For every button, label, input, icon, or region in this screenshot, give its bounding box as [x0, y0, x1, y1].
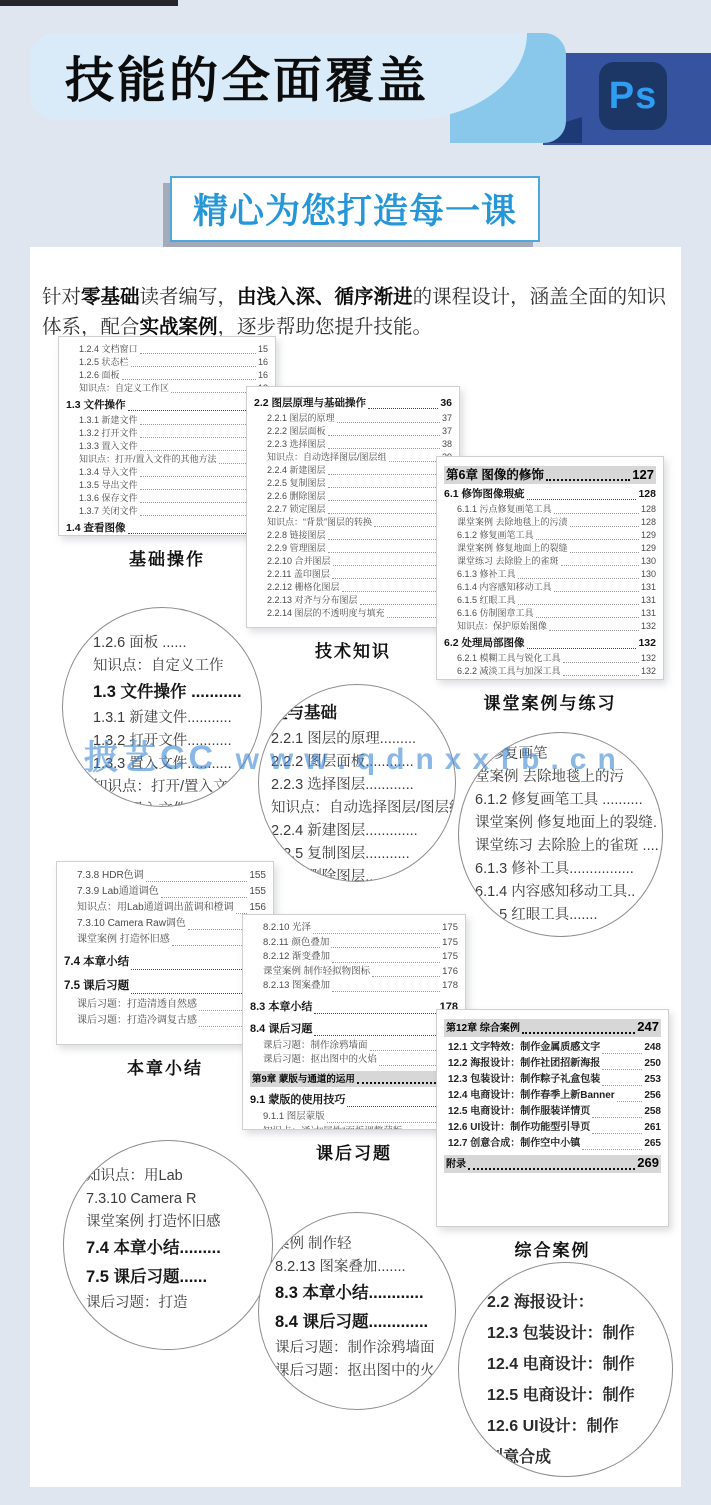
toc-row-text: 知识点：通过“属性”面板调整蒙版 [263, 1125, 402, 1131]
toc-row-page: 131 [641, 607, 656, 620]
intro-segment: 读者编写， [140, 286, 238, 308]
dot-leader [328, 487, 450, 488]
dot-leader [333, 565, 450, 566]
toc-row-text: 6.1.6 仿制图章工具 [457, 607, 534, 620]
toc-row-text: 1.2.5 状态栏 [79, 356, 129, 369]
dot-leader [546, 479, 630, 481]
toc-row-text: 2.2.13 对齐与分布图层 [267, 594, 358, 607]
magnified-line: 8.4 课后习题............. [259, 1308, 455, 1337]
toc-row-text: 1.3.4 导入文件 [79, 466, 138, 479]
toc-row-text: 课堂案例 去除地毯上的污渍 [457, 516, 568, 529]
toc-row: 课堂案例 修复地面上的裂缝129 [444, 542, 656, 555]
toc-row-page: 129 [641, 542, 656, 555]
toc-row: 12.4 电商设计：制作春季上新Banner256 [444, 1088, 661, 1104]
toc-row: 2.2.8 链接图层 [254, 529, 452, 542]
toc-row-page: 127 [632, 466, 654, 484]
toc-row-text: 12.2 海报设计：制作社团招新海报 [448, 1056, 600, 1072]
toc-row: 12.7 创意合成：制作空中小镇265 [444, 1136, 661, 1152]
magnifier-circle: 点修复画笔堂案例 去除地毯上的污6.1.2 修复画笔工具 ..........课… [458, 732, 663, 937]
magnifier-circle: 知识点：用Lab7.3.10 Camera R课堂案例 打造怀旧感7.4 本章小… [63, 1140, 273, 1350]
toc-row-text: 2.2.12 栅格化图层 [267, 581, 340, 594]
magnified-line: 课堂练习 去除脸上的雀斑 .... [459, 835, 662, 858]
toc-row-page: 15 [258, 343, 268, 356]
toc-row-page: 16 [258, 369, 268, 382]
toc-row: 1.3.7 关闭文件 [66, 505, 268, 518]
toc-row: 8.2.11 颜色叠加175 [250, 936, 458, 951]
magnified-line: 7.5 课后习题...... [64, 1263, 272, 1292]
toc-row-text: 1.3.1 新建文件 [79, 414, 138, 427]
toc-row-text: 1.3.3 置入文件 [79, 440, 138, 453]
magnifier-circle: 案例 制作轻8.2.13 图案叠加.......8.3 本章小结........… [258, 1212, 456, 1410]
dot-leader [536, 617, 639, 618]
dot-leader [389, 461, 440, 462]
toc-row-text: 知识点：打开/置入文件的其他方法 [79, 453, 217, 466]
toc-row-text: 12.4 电商设计：制作春季上新Banner [448, 1088, 615, 1104]
toc-row: 2.2.9 管理图层 [254, 542, 452, 555]
toc-row-text: 课后习题：制作涂鸦墙面 [263, 1039, 368, 1054]
magnified-line: 知识点：自动选择图层/图层组 [259, 797, 455, 820]
toc-row-page: 38 [442, 438, 452, 451]
toc-row-page: 129 [641, 529, 656, 542]
magnifier-circle: 2.2 海报设计：12.3 包装设计：制作12.4 电商设计：制作12.5 电商… [458, 1262, 673, 1477]
toc-row: 6.2.1 模糊工具与锐化工具132 [444, 652, 656, 665]
toc-row: 第9章 蒙版与通道的运用17 [250, 1071, 458, 1088]
toc-row: 2.2.12 栅格化图层 [254, 581, 452, 594]
toc-row-text: 6.1.4 内容感知移动工具 [457, 581, 552, 594]
toc-row-page: 130 [641, 555, 656, 568]
dot-leader [328, 552, 450, 553]
toc-row: 附录269 [444, 1155, 661, 1173]
magnified-line: 课堂案例 修复地面上的裂缝. [459, 812, 662, 835]
dot-leader [328, 435, 440, 436]
toc-row-text: 6.2 处理局部图像 [444, 636, 525, 651]
dot-leader [592, 1133, 642, 1134]
magnified-line: 课后习题：制作涂鸦墙面 [259, 1337, 455, 1360]
toc-row: 6.1.2 修复画笔工具129 [444, 529, 656, 542]
intro-segment: 由浅入深、循序渐进 [237, 286, 413, 308]
dot-leader [140, 353, 256, 354]
dot-leader [332, 962, 440, 963]
intro-segment: ，逐步帮助您提升技能。 [218, 316, 433, 338]
toc-row-page: 130 [641, 568, 656, 581]
toc-row: 课堂练习 去除脸上的雀斑130 [444, 555, 656, 568]
dot-leader [602, 1085, 642, 1086]
toc-row: 8.4 课后习题 [250, 1020, 458, 1038]
dot-leader [368, 408, 438, 409]
page-title: 技能的全面覆盖 [65, 42, 429, 112]
dot-leader [328, 474, 450, 475]
toc-row: 1.3 文件操作 [66, 398, 268, 413]
toc-row-text: 1.3 文件操作 [66, 398, 126, 413]
toc-row: 6.1.6 仿制图章工具131 [444, 607, 656, 620]
toc-card: 2.2 图层原理与基础操作362.2.1 图层的原理372.2.2 图层面板37… [246, 386, 460, 662]
dot-leader [527, 648, 637, 649]
toc-row: 2.2.13 对齐与分布图层 [254, 594, 452, 607]
dot-leader [554, 513, 639, 514]
toc-row: 2.2.10 合并图层 [254, 555, 452, 568]
subtitle-box: 精心为您打造每一课 [170, 176, 540, 242]
toc-row-text: 8.2.13 图案叠加 [263, 979, 330, 994]
toc-row-text: 1.2.6 面板 [79, 369, 120, 382]
toc-row-text: 课堂练习 去除脸上的雀斑 [457, 555, 559, 568]
toc-row-page: 16 [258, 356, 268, 369]
toc-row: 2.2.11 盖印图层 [254, 568, 452, 581]
toc-row: 1.2.6 面板16 [66, 369, 268, 382]
toc-row-text: 附录 [446, 1157, 466, 1173]
toc-row-text: 8.2.11 颜色叠加 [263, 936, 329, 951]
dot-leader [518, 604, 639, 605]
dot-leader [357, 1082, 440, 1084]
dot-leader [602, 1053, 642, 1054]
toc-row-text: 2.2.4 新建图层 [267, 464, 326, 477]
toc-row-text: 8.4 课后习题 [250, 1020, 312, 1038]
dot-leader [527, 499, 637, 500]
dot-leader [582, 1149, 642, 1150]
toc-row-text: 1.2.4 文档窗口 [79, 343, 138, 356]
toc-card-box: 第12章 综合案例24712.1 文字特效：制作金属质感文字24812.2 海报… [436, 1009, 669, 1227]
toc-row: 知识点：自定义工作区18 [66, 382, 268, 395]
intro-segment: 实战案例 [140, 316, 218, 338]
toc-row-page: 256 [644, 1088, 661, 1104]
toc-row: 12.3 包装设计：制作粽子礼盒包装253 [444, 1072, 661, 1088]
toc-row: 2.2 图层原理与基础操作36 [254, 396, 452, 411]
toc-row-page: 37 [442, 412, 452, 425]
toc-row: 2.2.2 图层面板37 [254, 425, 452, 438]
toc-row-text: 课后习题：抠出图中的火焰 [263, 1053, 377, 1068]
toc-row: 9.1.1 图层蒙版 [250, 1110, 458, 1125]
promo-page: 技能的全面覆盖 Ps 精心为您打造每一课 针对零基础读者编写，由浅入深、循序渐进… [0, 0, 711, 1505]
toc-row: 7.3.9 Lab通道调色155 [64, 884, 266, 900]
dot-leader [313, 933, 440, 934]
magnified-line: 1.3.2 打开文件........... [63, 730, 261, 753]
toc-row-text: 7.3.8 HDR色调 [77, 868, 144, 884]
magnifier-circle: 理与基础2.2.1 图层的原理.........2.2.2 图层面板......… [258, 684, 456, 882]
dot-leader [328, 448, 440, 449]
toc-row: 第6章 图像的修饰127 [444, 466, 656, 484]
toc-row: 6.1.3 修补工具130 [444, 568, 656, 581]
dot-leader [328, 513, 450, 514]
toc-row: 1.4 查看图像 [66, 521, 268, 536]
magnified-line: 7.4 本章小结......... [64, 1234, 272, 1263]
toc-row-page: 265 [644, 1136, 661, 1152]
magnified-line: 2.2.1 图层的原理......... [259, 728, 455, 751]
toc-row: 6.2.2 减淡工具与加深工具132 [444, 665, 656, 678]
toc-row-text: 6.1.1 污点修复画笔工具 [457, 503, 552, 516]
toc-row-text: 知识点：“背景”图层的转换 [267, 516, 372, 529]
toc-row: 7.3.10 Camera Raw调色 [64, 916, 266, 932]
toc-row-text: 1.3.5 导出文件 [79, 479, 138, 492]
magnified-line: 8.3 本章小结............ [259, 1279, 455, 1308]
toc-row: 1.3.3 置入文件 [66, 440, 268, 453]
toc-row-page: 128 [641, 516, 656, 529]
toc-row-text: 2.2.2 图层面板 [267, 425, 326, 438]
card-label: 综合案例 [436, 1236, 669, 1261]
toc-row-page: 131 [641, 581, 656, 594]
toc-row-text: 8.2.12 渐变叠加 [263, 950, 330, 965]
toc-row-text: 2.2.10 合并图层 [267, 555, 331, 568]
magnified-line: 2.2 海报设计： [459, 1287, 672, 1318]
toc-row-text: 6.2.1 模糊工具与锐化工具 [457, 652, 561, 665]
toc-row: 1.3.4 导入文件 [66, 466, 268, 479]
magnified-line: 知识点：用Lab [64, 1165, 272, 1188]
toc-row: 7.3.8 HDR色调155 [64, 868, 266, 884]
toc-row: 8.3 本章小结178 [250, 998, 458, 1016]
dot-leader [570, 552, 639, 553]
toc-row-page: 132 [641, 652, 656, 665]
toc-row-page: 132 [641, 620, 656, 633]
magnified-line: 12.4 电商设计：制作 [459, 1349, 672, 1380]
dot-leader [549, 630, 639, 631]
toc-row-page: 269 [637, 1155, 659, 1171]
toc-row: 9.1 蒙版的使用技巧 [250, 1091, 458, 1109]
toc-row: 6.1.1 污点修复画笔工具128 [444, 503, 656, 516]
toc-row: 课堂案例 制作轻拟物图标176 [250, 965, 458, 980]
toc-row: 6.1.5 红眼工具131 [444, 594, 656, 607]
toc-row-text: 课堂案例 修复地面上的裂缝 [457, 542, 568, 555]
dot-leader [122, 379, 256, 380]
toc-row: 课后习题：抠出图中的火焰 [250, 1053, 458, 1068]
dot-leader [171, 392, 256, 393]
toc-row-page: 155 [249, 868, 266, 884]
toc-row-text: 6.2.2 减淡工具与加深工具 [457, 665, 561, 678]
toc-row: 1.2.5 状态栏16 [66, 356, 268, 369]
toc-row-text: 7.4 本章小结 [64, 953, 129, 972]
top-strip [0, 0, 178, 6]
toc-row-text: 知识点：自动选择图层/图层组 [267, 451, 387, 464]
magnified-line: 课后习题：打造 [64, 1292, 272, 1315]
intro-paragraph: 针对零基础读者编写，由浅入深、循序渐进的课程设计，涵盖全面的知识体系，配合实战案… [42, 282, 674, 342]
toc-row: 12.1 文字特效：制作金属质感文字248 [444, 1040, 661, 1056]
toc-row: 课后习题：打造冷调复古感 [64, 1013, 266, 1029]
toc-row: 6.1.4 内容感知移动工具131 [444, 581, 656, 594]
banner-pill: 技能的全面覆盖 [30, 33, 527, 120]
toc-row-text: 2.2.14 图层的不透明度与填充 [267, 607, 385, 620]
dot-leader [332, 991, 440, 992]
toc-row-text: 2.2 图层原理与基础操作 [254, 396, 366, 411]
toc-row-text: 课后习题：打造清透自然感 [77, 997, 197, 1013]
dot-leader [328, 500, 450, 501]
toc-row-text: 第12章 综合案例 [446, 1021, 520, 1037]
toc-row: 8.2.13 图案叠加178 [250, 979, 458, 994]
toc-row-page: 128 [641, 503, 656, 516]
toc-row-page: 175 [442, 921, 458, 936]
toc-row-page: 261 [644, 1120, 661, 1136]
magnified-line: 知识点：自定义工作 [63, 655, 261, 678]
magnified-line: 堂案例 去除地毯上的污 [459, 766, 662, 789]
toc-card: 第6章 图像的修饰1276.1 修饰图像瑕疵1286.1.1 污点修复画笔工具1… [436, 456, 664, 714]
toc-row-text: 1.4 查看图像 [66, 521, 126, 536]
card-label: 课堂案例与练习 [436, 689, 664, 714]
toc-card: 第12章 综合案例24712.1 文字特效：制作金属质感文字24812.2 海报… [436, 1009, 669, 1261]
toc-row-text: 第9章 蒙版与通道的运用 [252, 1073, 355, 1088]
toc-row: 课堂案例 去除地毯上的污渍128 [444, 516, 656, 529]
toc-row-page: 132 [638, 636, 656, 651]
magnified-line: 2.2.3 选择图层............ [259, 774, 455, 797]
toc-row-text: 课堂案例 制作轻拟物图标 [263, 965, 370, 980]
toc-row-page: 247 [637, 1019, 659, 1035]
toc-card-box: 1.2.4 文档窗口151.2.5 状态栏161.2.6 面板16知识点：自定义… [58, 336, 276, 536]
toc-row-page: 258 [644, 1104, 661, 1120]
toc-row: 1.3.1 新建文件 [66, 414, 268, 427]
toc-row: 2.2.7 锁定图层 [254, 503, 452, 516]
toc-row: 8.2.12 渐变叠加175 [250, 950, 458, 965]
dot-leader [314, 1035, 456, 1036]
toc-row-page: 175 [442, 936, 458, 951]
toc-row-text: 知识点：保护原始图像 [457, 620, 547, 633]
toc-row-text: 2.2.11 盖印图层 [267, 568, 330, 581]
toc-row-page: 128 [638, 487, 656, 502]
toc-row-page: 248 [644, 1040, 661, 1056]
toc-card: 1.2.4 文档窗口151.2.5 状态栏161.2.6 面板16知识点：自定义… [58, 336, 276, 570]
magnifier-circle: 1.2.6 面板 ......知识点：自定义工作1.3 文件操作 .......… [62, 607, 262, 807]
magnified-line: 7.3.10 Camera R [64, 1188, 272, 1211]
toc-row-text: 7.5 课后习题 [64, 977, 129, 996]
photoshop-icon-label: Ps [609, 75, 657, 118]
toc-row: 12.2 海报设计：制作社团招新海报250 [444, 1056, 661, 1072]
toc-row: 2.2.5 复制图层 [254, 477, 452, 490]
dot-leader [468, 1168, 635, 1170]
toc-row: 课后习题：打造清透自然感 [64, 997, 266, 1013]
dot-leader [563, 675, 639, 676]
card-label: 课后习题 [242, 1139, 466, 1164]
toc-row-text: 2.2.3 选择图层 [267, 438, 326, 451]
toc-card-box: 8.2.10 光泽1758.2.11 颜色叠加1758.2.12 渐变叠加175… [242, 914, 466, 1130]
toc-row-text: 8.2.10 光泽 [263, 921, 311, 936]
toc-row-text: 7.3.10 Camera Raw调色 [77, 916, 186, 932]
magnified-line: 12.6 UI设计：制作 [459, 1411, 672, 1442]
toc-row-page: 132 [641, 665, 656, 678]
toc-row-text: 知识点：用Lab通道调出蓝调和橙调 [77, 900, 234, 916]
subtitle-text: 精心为您打造每一课 [193, 184, 517, 234]
toc-row-text: 6.1.5 红眼工具 [457, 594, 516, 607]
toc-row: 7.5 课后习题 [64, 977, 266, 996]
dot-leader [518, 578, 639, 579]
toc-row-text: 12.5 电商设计：制作服装详情页 [448, 1104, 590, 1120]
toc-row: 1.3.2 打开文件 [66, 427, 268, 440]
toc-row-page: 36 [440, 396, 452, 411]
magnified-line: 6.1.4 内容感知移动工具.. [459, 881, 662, 904]
magnified-line: 1.3.1 新建文件........... [63, 707, 261, 730]
dot-leader [146, 881, 248, 882]
magnified-line: 1.3.3 置入文件........... [63, 753, 261, 776]
dot-leader [342, 591, 450, 592]
magnified-line: 12.3 包装设计：制作 [459, 1318, 672, 1349]
toc-row-text: 2.2.5 复制图层 [267, 477, 326, 490]
toc-row: 1.3.5 导出文件 [66, 479, 268, 492]
photoshop-icon: Ps [599, 62, 667, 130]
toc-row-text: 12.6 UI设计：制作功能型引导页 [448, 1120, 590, 1136]
magnified-line: 6.1.2 修复画笔工具 .......... [459, 789, 662, 812]
toc-row-page: 176 [442, 965, 458, 980]
toc-row-text: 2.2.1 图层的原理 [267, 412, 335, 425]
toc-row-text: 2.2.9 管理图层 [267, 542, 326, 555]
toc-row: 2.2.1 图层的原理37 [254, 412, 452, 425]
magnified-line: 1.2.6 面板 ...... [63, 632, 261, 655]
dot-leader [554, 591, 639, 592]
toc-row-text: 1.3.6 保存文件 [79, 492, 138, 505]
toc-row: 7.4 本章小结 [64, 953, 266, 972]
toc-row-text: 6.1.2 修复画笔工具 [457, 529, 534, 542]
intro-segment: 零基础 [81, 286, 140, 308]
magnified-line: 6.1.3 修补工具................ [459, 858, 662, 881]
toc-row-text: 7.3.9 Lab通道调色 [77, 884, 159, 900]
toc-row: 课堂案例 打造怀旧感 [64, 932, 266, 948]
toc-row: 知识点：通过“属性”面板调整蒙版 [250, 1125, 458, 1131]
dot-leader [337, 422, 440, 423]
toc-row: 知识点：“背景”图层的转换 [254, 516, 452, 529]
magnified-line: 12.5 电商设计：制作 [459, 1380, 672, 1411]
toc-row: 12.5 电商设计：制作服装详情页258 [444, 1104, 661, 1120]
toc-row: 课后习题：制作涂鸦墙面 [250, 1039, 458, 1054]
toc-row-page: 131 [641, 594, 656, 607]
toc-row: 知识点：自动选择图层/图层组39 [254, 451, 452, 464]
toc-row: 2.2.3 选择图层38 [254, 438, 452, 451]
dot-leader [161, 897, 248, 898]
toc-card-box: 第6章 图像的修饰1276.1 修饰图像瑕疵1286.1.1 污点修复画笔工具1… [436, 456, 664, 680]
card-label: 技术知识 [246, 637, 460, 662]
toc-row-page: 178 [442, 979, 458, 994]
toc-row: 2.2.14 图层的不透明度与填充 [254, 607, 452, 620]
toc-row-text: 知识点：自定义工作区 [79, 382, 169, 395]
dot-leader [570, 526, 639, 527]
toc-row-text: 第6章 图像的修饰 [446, 466, 544, 484]
toc-row: 知识点：用Lab通道调出蓝调和橙调156 [64, 900, 266, 916]
toc-row: 知识点：保护原始图像132 [444, 620, 656, 633]
dot-leader [617, 1101, 643, 1102]
toc-row-text: 1.3.7 关闭文件 [79, 505, 138, 518]
card-label: 基础操作 [58, 545, 276, 570]
toc-row-text: 9.1.1 图层蒙版 [263, 1110, 325, 1125]
toc-row-page: 253 [644, 1072, 661, 1088]
magnified-line: 2.2.4 新建图层............. [259, 820, 455, 843]
dot-leader [372, 976, 440, 977]
magnified-line: 1.3 文件操作 ........... [63, 678, 261, 707]
toc-row-text: 2.2.8 链接图层 [267, 529, 326, 542]
toc-row: 2.2.6 删除图层 [254, 490, 452, 503]
toc-row-text: 1.3.2 打开文件 [79, 427, 138, 440]
toc-row-page: 250 [644, 1056, 661, 1072]
toc-row-text: 12.7 创意合成：制作空中小镇 [448, 1136, 580, 1152]
toc-row-text: 12.3 包装设计：制作粽子礼盒包装 [448, 1072, 600, 1088]
toc-row-text: 6.1 修饰图像瑕疵 [444, 487, 525, 502]
toc-row: 第12章 综合案例247 [444, 1019, 661, 1037]
magnified-line: 课堂案例 打造怀旧感 [64, 1211, 272, 1234]
toc-row: 知识点：打开/置入文件的其他方法 [66, 453, 268, 466]
magnified-line: 课后习题：抠出图中的火 [259, 1360, 455, 1383]
dot-leader [536, 539, 639, 540]
intro-segment: 针对 [42, 286, 81, 308]
toc-row-text: 2.2.6 删除图层 [267, 490, 326, 503]
toc-row: 12.6 UI设计：制作功能型引导页261 [444, 1120, 661, 1136]
toc-row: 2.2.4 新建图层 [254, 464, 452, 477]
toc-row-text: 2.2.7 锁定图层 [267, 503, 326, 516]
magnified-line: 2.2.2 图层面板............ [259, 751, 455, 774]
dot-leader [592, 1117, 642, 1118]
toc-row: 1.2.4 文档窗口15 [66, 343, 268, 356]
toc-row-text: 12.1 文字特效：制作金属质感文字 [448, 1040, 600, 1056]
dot-leader [602, 1069, 642, 1070]
toc-row-text: 6.1.3 修补工具 [457, 568, 516, 581]
magnified-line: 8.2.13 图案叠加....... [259, 1256, 455, 1279]
dot-leader [331, 947, 440, 948]
toc-row: 8.2.10 光泽175 [250, 921, 458, 936]
dot-leader [561, 565, 639, 566]
toc-row-page: 37 [442, 425, 452, 438]
toc-card: 8.2.10 光泽1758.2.11 颜色叠加1758.2.12 渐变叠加175… [242, 914, 466, 1164]
toc-row-text: 课堂案例 打造怀旧感 [77, 932, 170, 948]
dot-leader [328, 539, 450, 540]
toc-row-page: 175 [442, 950, 458, 965]
